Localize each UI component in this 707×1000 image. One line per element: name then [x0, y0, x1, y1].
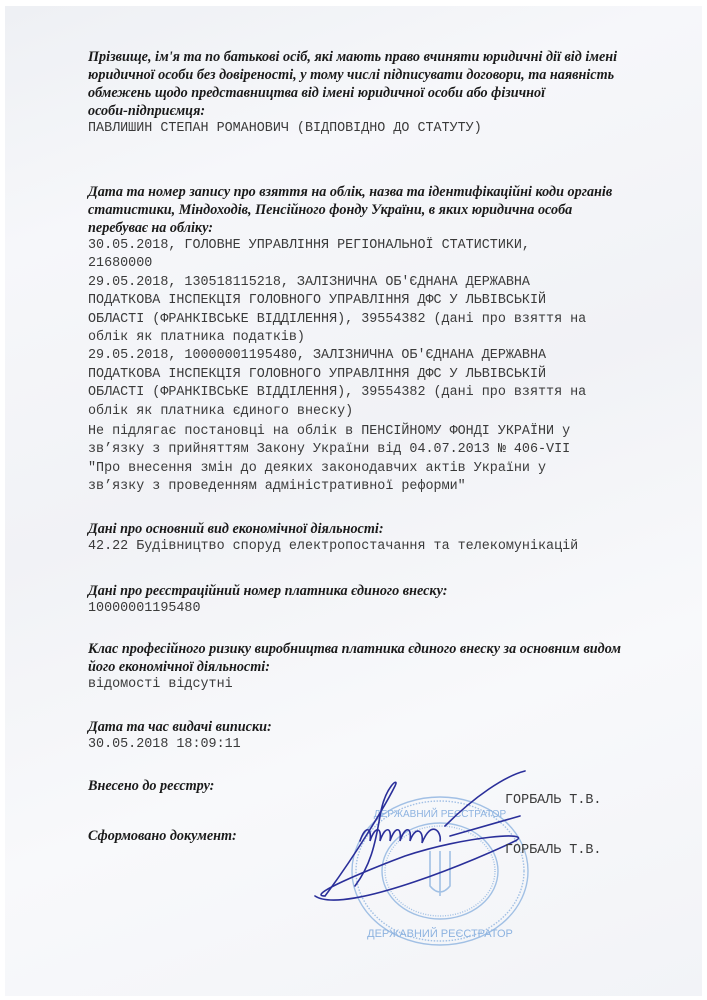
section-issue-datetime: Дата та час видачі виписки: 30.05.2018 1…	[88, 718, 272, 754]
section-label: Дані про основний вид економічної діяльн…	[88, 520, 578, 538]
section-value: 30.05.2018, ГОЛОВНЕ УПРАВЛІННЯ РЕГІОНАЛЬ…	[88, 237, 612, 421]
section-contributor-number: Дані про реєстраційний номер платника єд…	[88, 582, 447, 618]
section-authorized-persons: Прізвище, ім'я та по батькові осіб, які …	[88, 48, 617, 138]
section-value: 10000001195480	[88, 600, 447, 618]
signer-name-formed: ГОРБАЛЬ Т.В.	[505, 843, 601, 858]
section-value: 30.05.2018 18:09:11	[88, 736, 272, 754]
section-value: ПАВЛИШИН СТЕПАН РОМАНОВИЧ (ВІДПОВІДНО ДО…	[88, 120, 617, 138]
section-label: Дані про реєстраційний номер платника єд…	[88, 582, 447, 600]
signature-line-formed: Сформовано документ:	[88, 827, 237, 845]
section-pension-fund-note: Не підлягає постановці на облік в ПЕНСІЙ…	[88, 423, 570, 497]
section-economic-activity: Дані про основний вид економічної діяльн…	[88, 520, 578, 556]
document-page: Прізвище, ім'я та по батькові осіб, які …	[5, 6, 702, 996]
signature-label: Сформовано документ:	[88, 827, 237, 845]
section-value: Не підлягає постановці на облік в ПЕНСІЙ…	[88, 423, 570, 497]
section-label: Дата та час видачі виписки:	[88, 718, 272, 736]
section-value: 42.22 Будівництво споруд електропостачан…	[88, 538, 578, 556]
section-risk-class: Клас професійного ризику виробництва пла…	[88, 640, 621, 694]
section-registration-records: Дата та номер запису про взяття на облік…	[88, 183, 612, 421]
section-label: Дата та номер запису про взяття на облік…	[88, 183, 612, 237]
section-label: Клас професійного ризику виробництва пла…	[88, 640, 621, 676]
handwritten-signature-icon	[285, 766, 545, 916]
signature-label: Внесено до реєстру:	[88, 777, 214, 795]
svg-text:ДЕРЖАВНИЙ РЕЄСТРАТОР: ДЕРЖАВНИЙ РЕЄСТРАТОР	[367, 927, 513, 940]
signature-line-registry: Внесено до реєстру:	[88, 777, 214, 795]
section-label: Прізвище, ім'я та по батькові осіб, які …	[88, 48, 617, 120]
section-value: відомості відсутні	[88, 676, 621, 694]
signer-name-registry: ГОРБАЛЬ Т.В.	[505, 793, 601, 808]
